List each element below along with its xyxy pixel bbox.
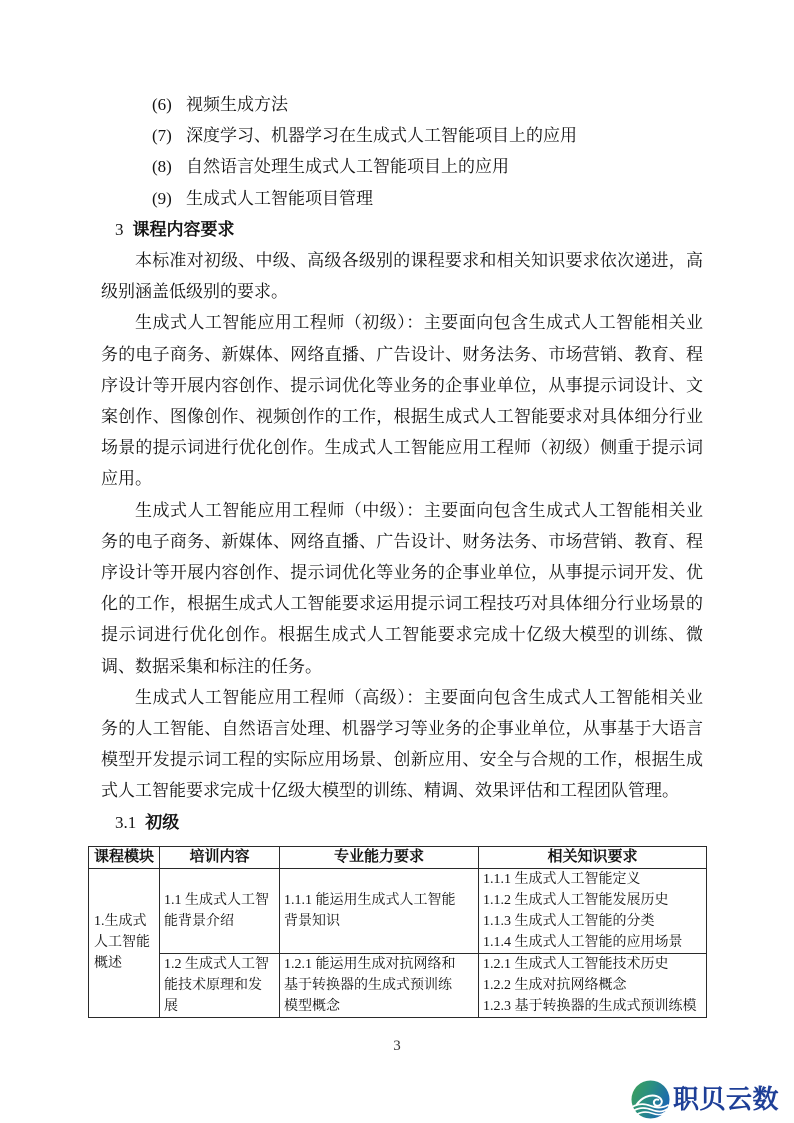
logo-text: 职贝云数 [673, 1080, 779, 1119]
column-header-knowledge: 相关知识要求 [479, 846, 707, 868]
column-header-content: 培训内容 [160, 846, 280, 868]
column-header-module: 课程模块 [89, 846, 160, 868]
content-cell: 1.1 生成式人工智 能背景介绍 [160, 868, 280, 953]
column-header-ability: 专业能力要求 [280, 846, 479, 868]
section-heading: 3课程内容要求 [115, 214, 703, 245]
list-item: (7)深度学习、机器学习在生成式人工智能项目上的应用 [101, 120, 703, 151]
section-title: 课程内容要求 [133, 220, 235, 239]
list-item-text: 生成式人工智能项目管理 [186, 189, 373, 208]
list-item-number: (7) [152, 120, 186, 151]
body-paragraph-junior: 生成式人工智能应用工程师（初级）：主要面向包含生成式人工智能相关业务的电子商务、… [101, 307, 703, 494]
table-row: 1.2 生成式人工智 能技术原理和发展 1.2.1 能运用生成对抗网络和 基于转… [89, 953, 707, 1017]
list-item: (9)生成式人工智能项目管理 [101, 183, 703, 214]
list-item-text: 视频生成方法 [186, 95, 288, 114]
list-item-text: 深度学习、机器学习在生成式人工智能项目上的应用 [186, 126, 577, 145]
ability-cell: 1.2.1 能运用生成对抗网络和 基于转换器的生成式预训练 模型概念 [280, 953, 479, 1017]
content-area: (6)视频生成方法 (7)深度学习、机器学习在生成式人工智能项目上的应用 (8)… [101, 89, 703, 1018]
subsection-number: 3.1 [115, 813, 136, 832]
footer-logo: 职贝云数 [631, 1080, 779, 1119]
page-number: 3 [0, 1038, 794, 1055]
content-cell: 1.2 生成式人工智 能技术原理和发展 [160, 953, 280, 1017]
subsection-title: 初级 [145, 813, 179, 832]
list-item-number: (6) [152, 89, 186, 120]
document-page: (6)视频生成方法 (7)深度学习、机器学习在生成式人工智能项目上的应用 (8)… [0, 0, 794, 1123]
list-item: (6)视频生成方法 [101, 89, 703, 120]
body-paragraph-intro: 本标准对初级、中级、高级各级别的课程要求和相关知识要求依次递进，高级别涵盖低级别… [101, 245, 703, 307]
body-paragraph-intermediate: 生成式人工智能应用工程师（中级）：主要面向包含生成式人工智能相关业务的电子商务、… [101, 495, 703, 682]
module-cell: 1.生成式 人工智能 概述 [89, 868, 160, 1017]
list-item-number: (9) [152, 183, 186, 214]
knowledge-cell: 1.1.1 生成式人工智能定义 1.1.2 生成式人工智能发展历史 1.1.3 … [479, 868, 707, 953]
table-row: 1.生成式 人工智能 概述 1.1 生成式人工智 能背景介绍 1.1.1 能运用… [89, 868, 707, 953]
list-item: (8)自然语言处理生成式人工智能项目上的应用 [101, 151, 703, 182]
course-table: 课程模块 培训内容 专业能力要求 相关知识要求 1.生成式 人工智能 概述 1.… [88, 846, 707, 1018]
list-item-number: (8) [152, 151, 186, 182]
subsection-heading: 3.1初级 [115, 807, 703, 838]
ability-cell: 1.1.1 能运用生成式人工智能 背景知识 [280, 868, 479, 953]
table-header-row: 课程模块 培训内容 专业能力要求 相关知识要求 [89, 846, 707, 868]
knowledge-cell: 1.2.1 生成式人工智能技术历史 1.2.2 生成对抗网络概念 1.2.3 基… [479, 953, 707, 1017]
body-paragraph-senior: 生成式人工智能应用工程师（高级）：主要面向包含生成式人工智能相关业务的人工智能、… [101, 682, 703, 807]
numbered-list: (6)视频生成方法 (7)深度学习、机器学习在生成式人工智能项目上的应用 (8)… [101, 89, 703, 214]
list-item-text: 自然语言处理生成式人工智能项目上的应用 [186, 157, 509, 176]
section-number: 3 [115, 220, 124, 239]
wave-logo-icon [631, 1080, 670, 1119]
